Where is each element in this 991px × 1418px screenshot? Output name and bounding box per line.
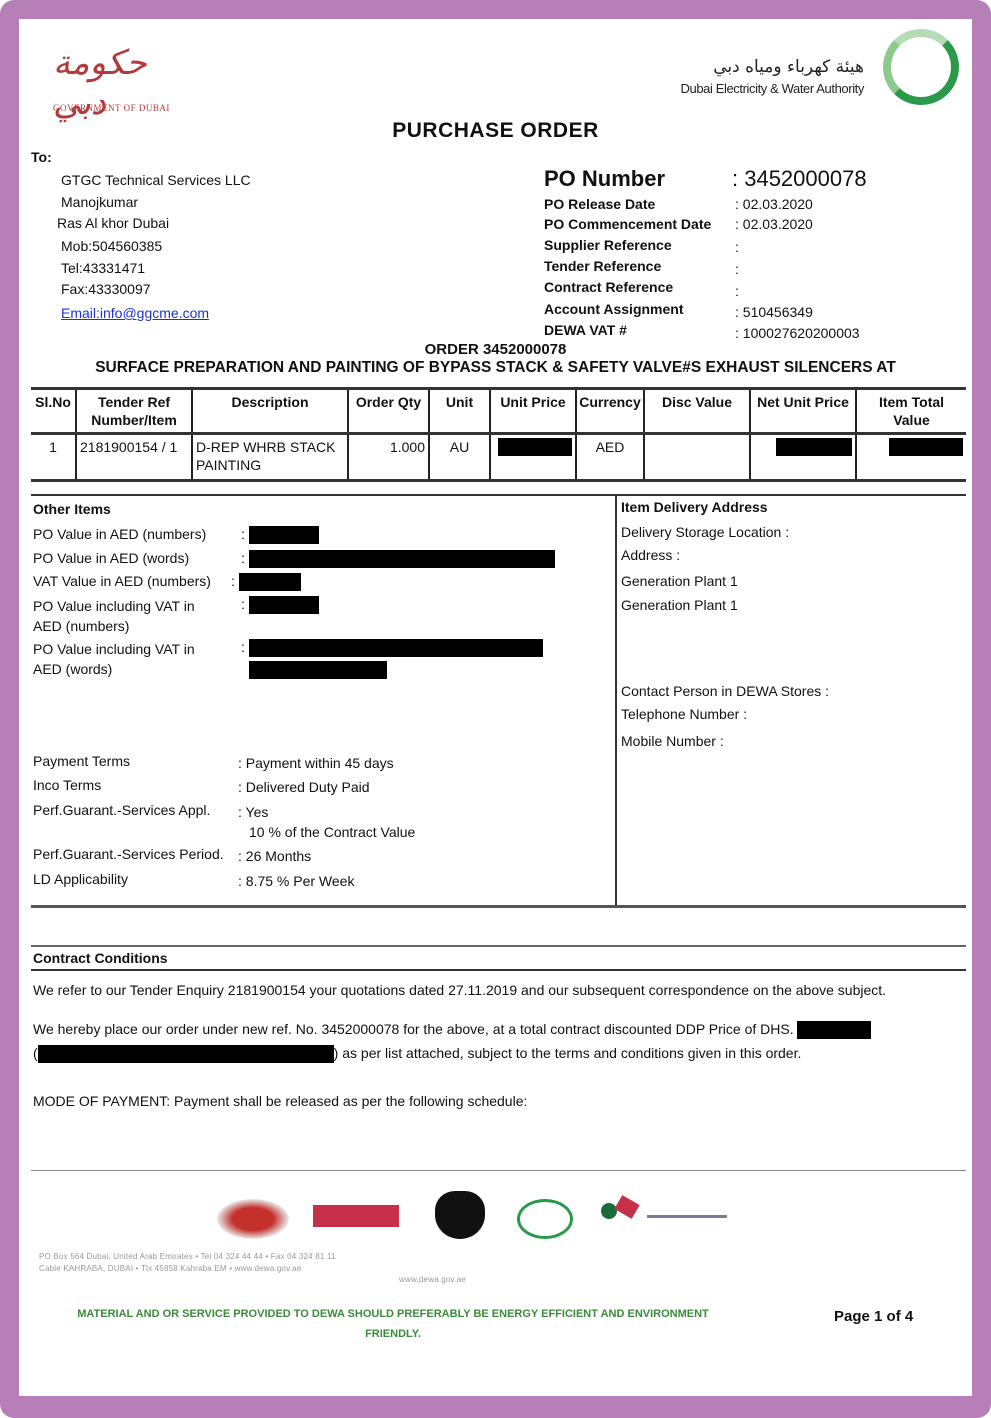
government-of-dubai-logo: حكومة دبي GOVERNMENT OF DUBAI	[47, 43, 207, 117]
contract-para2b: () as per list attached, subject to the …	[33, 1045, 801, 1063]
section-divider-2	[31, 905, 966, 908]
document-title: PURCHASE ORDER	[19, 119, 972, 143]
po-field-label: Supplier Reference	[544, 237, 672, 253]
cell-item-total-value	[856, 434, 966, 481]
po-field-label: PO Release Date	[544, 196, 655, 212]
contract-para2a-text: We hereby place our order under new ref.…	[33, 1021, 794, 1037]
col-net-unit-price: Net Unit Price	[750, 389, 856, 434]
po-field-label: Contract Reference	[544, 279, 673, 295]
order-number-line: ORDER 3452000078	[19, 341, 972, 358]
redaction-item-total	[889, 438, 963, 456]
footer-logo-5-text	[647, 1215, 727, 1218]
footer-logo-5	[601, 1199, 731, 1227]
delivery-address-label: Address :	[621, 547, 680, 563]
po-value-incl-vat-words-value: :	[241, 639, 543, 682]
po-value-words-value: :	[241, 550, 555, 568]
redaction-unit-price	[498, 438, 572, 456]
vat-value-label: VAT Value in AED (numbers)	[33, 573, 211, 589]
footer-address-line2: Cable KAHRABA, DUBAI • Tlx 45858 Kahraba…	[39, 1264, 899, 1273]
redaction-net-unit-price	[776, 438, 852, 456]
footer-logo-1	[217, 1199, 289, 1239]
contract-conditions-title: Contract Conditions	[33, 950, 168, 966]
page-number: Page 1 of 4	[834, 1308, 913, 1325]
delivery-storage-location: Delivery Storage Location :	[621, 524, 789, 540]
redaction-po-incl-vat-words	[249, 639, 543, 657]
term-value: : 8.75 % Per Week	[238, 873, 354, 889]
po-value-incl-vat-numbers-label: PO Value including VAT in AED (numbers)	[33, 596, 213, 636]
po-value-numbers-value: :	[241, 526, 319, 544]
term-label: Perf.Guarant.-Services Period.	[33, 846, 224, 862]
term-value: : Delivered Duty Paid	[238, 779, 370, 795]
term-value: : Payment within 45 days	[238, 755, 394, 771]
term-label: Inco Terms	[33, 777, 101, 793]
po-field-value: : 510456349	[735, 304, 813, 320]
supplier-email-link[interactable]: Email:info@ggcme.com	[61, 305, 209, 321]
supplier-location: Ras Al khor Dubai	[57, 215, 169, 231]
order-subject-line: SURFACE PREPARATION AND PAINTING OF BYPA…	[19, 359, 972, 377]
supplier-contact: Manojkumar	[61, 194, 138, 210]
cell-unit: AU	[429, 434, 490, 481]
cell-order-qty: 1.000	[348, 434, 429, 481]
section-divider	[31, 494, 966, 496]
dewa-logo-arabic: هيئة كهرباء ومياه دبي	[713, 57, 864, 77]
po-value-numbers-label: PO Value in AED (numbers)	[33, 526, 206, 542]
dewa-logo: هيئة كهرباء ومياه دبي Dubai Electricity …	[599, 29, 959, 124]
term-value: : 26 Months	[238, 848, 311, 864]
term-label: Payment Terms	[33, 753, 130, 769]
contract-para1: We refer to our Tender Enquiry 218190015…	[33, 982, 886, 998]
col-description: Description	[192, 389, 348, 434]
po-field-value: : 02.03.2020	[735, 216, 813, 232]
contract-para2a: We hereby place our order under new ref.…	[33, 1021, 871, 1039]
delivery-address-title: Item Delivery Address	[621, 499, 768, 515]
cell-net-unit-price	[750, 434, 856, 481]
delivery-address-line2: Generation Plant 1	[621, 597, 738, 613]
contract-top-rule	[31, 945, 966, 947]
other-items-title: Other Items	[33, 501, 111, 517]
green-note-line1: MATERIAL AND OR SERVICE PROVIDED TO DEWA…	[43, 1308, 743, 1320]
delivery-address-line1: Generation Plant 1	[621, 573, 738, 589]
term-value-extra: 10 % of the Contract Value	[249, 824, 415, 840]
items-table-header: Sl.No Tender Ref Number/Item Description…	[31, 389, 966, 434]
po-field-label: PO Commencement Date	[544, 216, 711, 232]
redaction-contract-price-words	[38, 1045, 334, 1063]
term-label: LD Applicability	[33, 871, 128, 887]
gov-logo-english: GOVERNMENT OF DUBAI	[53, 103, 170, 113]
delivery-telephone: Telephone Number :	[621, 706, 747, 722]
delivery-contact-person: Contact Person in DEWA Stores :	[621, 683, 829, 699]
col-unit: Unit	[429, 389, 490, 434]
footer-logo-2	[313, 1205, 399, 1227]
footer-website: www.dewa.gov.ae	[399, 1275, 499, 1284]
po-field-label: Account Assignment	[544, 301, 684, 317]
supplier-tel: Tel:43331471	[61, 260, 145, 276]
term-label: Perf.Guarant.-Services Appl.	[33, 802, 210, 818]
cell-currency: AED	[576, 434, 644, 481]
po-field-value: :	[735, 239, 739, 255]
col-currency: Currency	[576, 389, 644, 434]
footer-logo-3	[435, 1191, 485, 1239]
footer-rule	[31, 1170, 966, 1171]
footer-logo-4	[517, 1199, 573, 1239]
redaction-vat-value	[239, 573, 301, 591]
footer-address-line1: PO Box 564 Dubai, United Arab Emirates •…	[39, 1252, 899, 1261]
redaction-po-incl-vat-words-2	[249, 661, 387, 679]
table-row: 1 2181900154 / 1 D-REP WHRB STACK PAINTI…	[31, 434, 966, 481]
cell-tender-ref: 2181900154 / 1	[76, 434, 192, 481]
dewa-ring-icon	[883, 29, 959, 105]
redaction-contract-price	[797, 1021, 871, 1039]
cell-description: D-REP WHRB STACK PAINTING	[192, 434, 348, 481]
po-field-value: : 02.03.2020	[735, 196, 813, 212]
to-label: To:	[31, 149, 52, 165]
green-note-line2: FRIENDLY.	[43, 1328, 743, 1340]
cell-sl-no: 1	[31, 434, 76, 481]
redaction-po-value-words	[249, 550, 555, 568]
po-number-value: : 3452000078	[732, 166, 867, 192]
col-sl-no: Sl.No	[31, 389, 76, 434]
redaction-po-incl-vat-numbers	[249, 596, 319, 614]
delivery-mobile: Mobile Number :	[621, 733, 724, 749]
vat-value-value: :	[231, 573, 301, 591]
contract-para2b-text: as per list attached, subject to the ter…	[342, 1045, 801, 1061]
col-tender-ref: Tender Ref Number/Item	[76, 389, 192, 434]
col-item-total-value: Item Total Value	[856, 389, 966, 434]
footer-logo-5-mark-2	[614, 1195, 639, 1219]
contract-para3: MODE OF PAYMENT: Payment shall be releas…	[33, 1093, 527, 1109]
po-value-words-label: PO Value in AED (words)	[33, 550, 189, 566]
po-value-incl-vat-words-label: PO Value including VAT in AED (words)	[33, 639, 213, 679]
contract-title-rule	[31, 969, 966, 971]
col-unit-price: Unit Price	[490, 389, 576, 434]
footer-logo-5-mark	[601, 1203, 617, 1219]
po-number-label: PO Number	[544, 166, 665, 192]
supplier-mobile: Mob:504560385	[61, 238, 162, 254]
po-value-incl-vat-numbers-value: :	[241, 596, 319, 614]
col-disc-value: Disc Value	[644, 389, 750, 434]
items-table: Sl.No Tender Ref Number/Item Description…	[31, 387, 966, 482]
po-field-label: Tender Reference	[544, 258, 661, 274]
column-divider	[615, 496, 617, 906]
dewa-logo-english: Dubai Electricity & Water Authority	[681, 81, 864, 96]
po-field-value: :	[735, 283, 739, 299]
cell-disc-value	[644, 434, 750, 481]
supplier-company: GTGC Technical Services LLC	[61, 172, 251, 188]
purchase-order-page: حكومة دبي GOVERNMENT OF DUBAI هيئة كهربا…	[19, 19, 972, 1396]
po-field-value: :	[735, 261, 739, 277]
col-order-qty: Order Qty	[348, 389, 429, 434]
cell-unit-price	[490, 434, 576, 481]
po-field-value: : 100027620200003	[735, 325, 860, 341]
po-field-label: DEWA VAT #	[544, 322, 627, 338]
term-value: : Yes	[238, 804, 268, 820]
redaction-po-value-numbers	[249, 526, 319, 544]
supplier-fax: Fax:43330097	[61, 281, 151, 297]
